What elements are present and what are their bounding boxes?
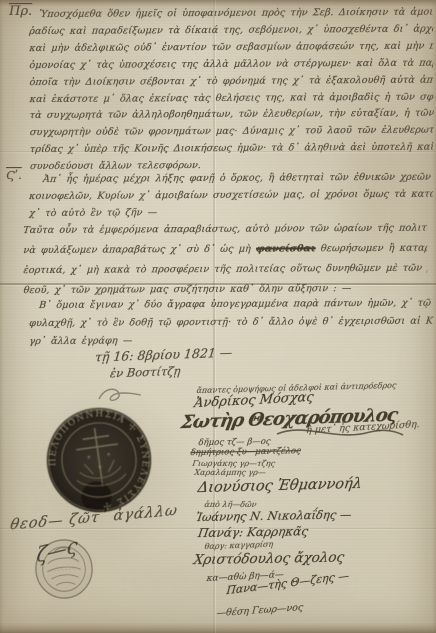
manuscript-line: καὶ μὴν ἀδελφικῶς οὐδ᾿ ἐναντίον τῶν σεβα…: [28, 38, 434, 57]
line-segment: νὰ φυλάξωμεν ἀπαραβάτως χ᾿ σὺ δ᾿ ὡς μὴ: [23, 244, 257, 256]
large-ink-seal: ΠΕΛΟΠΟΝΝΗΣΙΑ ☩ ΣΥΝΕΛΕΥΣΙΣ ☩ ✶✶✶: [35, 396, 164, 525]
signature: Χαραλάμπης γρ—: [194, 468, 267, 477]
paragraph-1: Ὑποσχόμεθα ὅθεν ἡμεῖς οἱ ὑποφαινόμενοι π…: [28, 5, 433, 177]
signature: —θέση Γεωρ—νος: [216, 602, 304, 619]
signature: Γιωργάκης γρ—τζης: [192, 459, 276, 468]
manuscript-line: ὁποῖα τὴν Διοίκησιν σέβονται χ᾿ τὸ φρόνη…: [29, 72, 435, 91]
signature: Χριστόδουλος ἄχολος: [192, 549, 345, 568]
signature: δημήτριος ξυ—μαντζέλος: [190, 446, 302, 458]
signature: Ἰωάννης Ν. Νικολαΐδης —: [195, 507, 352, 524]
paragraph-marker-2: Ϛʹ.: [6, 168, 22, 182]
place-line: ἐν Βοστίτζῃ: [109, 364, 181, 381]
paragraph-3: Ταῦτα οὖν τὰ ἐμφερόμενα ἀπαραβιάστως, αὐ…: [22, 219, 426, 301]
paragraph-4: Β᾿ ὅμοια ἔγιναν χ᾿ δύο ἄγραφα ὑπογεγραμμ…: [28, 295, 432, 351]
manuscript-line: ἑορτικά, χ᾿ μὴ κακὰ τὸ προσφέρειν τῆς πο…: [22, 259, 428, 281]
line-segment: θεωρήσωμεν ἢ καταργήσωμεν τὰ: [315, 242, 428, 254]
manuscript-line: ὁμονοίας χ᾿ τὰς ὑποσχέσεις της ἀλλὰ μᾶλλ…: [28, 55, 434, 74]
small-round-stamp: · · · · · · · ·: [30, 534, 98, 604]
struck-out-word: φανείσθαι: [255, 243, 316, 254]
document-page: Πρ. Ϛʹ. Ὑποσχόμεθα ὅθεν ἡμεῖς οἱ ὑποφαιν…: [0, 0, 436, 633]
signature: Διονύσιος Ἐθμαννοήλ: [197, 476, 363, 496]
signature: θαργ: καγγαρίση: [204, 540, 274, 551]
paragraph-2: Ἀπ᾿ ἧς ἡμέρας μέχρι λήξης φανῇ ὁ ὅρκος, …: [28, 169, 432, 222]
signature: Πανάγ: Καρρηκᾶς: [197, 524, 309, 540]
signature: ἀπὸ λῆ—δῶν: [204, 500, 257, 509]
manuscript-line: Ταῦτα οὖν τὰ ἐμφερόμενα ἀπαραβιάστως, αὐ…: [22, 219, 428, 241]
manuscript-line: νὰ φυλάξωμεν ἀπαραβάτως χ᾿ σὺ δ᾿ ὡς μὴ φ…: [22, 239, 428, 261]
